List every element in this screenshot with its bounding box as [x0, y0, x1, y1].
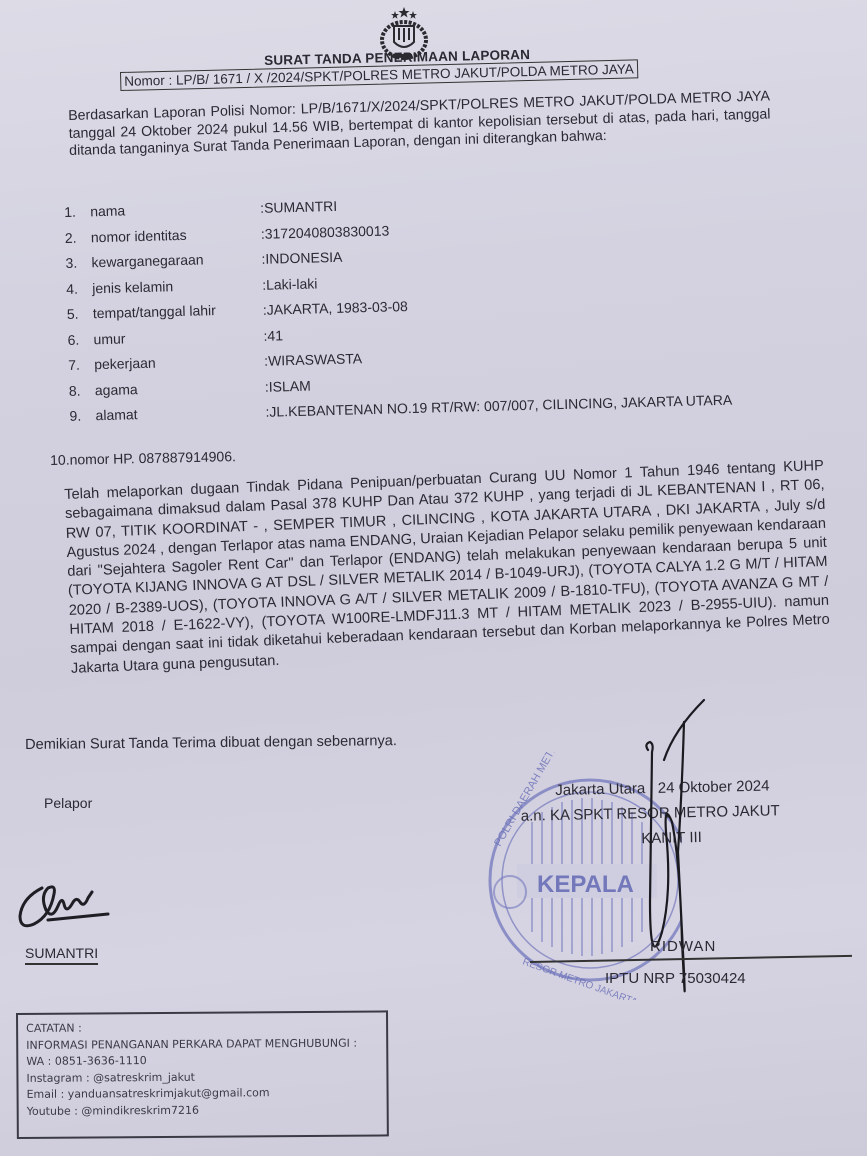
field-label: nomor identitas: [91, 224, 261, 244]
closing-statement: Demikian Surat Tanda Terima dibuat denga…: [25, 733, 397, 753]
field-label: agama: [95, 377, 265, 397]
field-label: tempat/tanggal lahir: [93, 301, 263, 321]
reporter-signature-icon: [14, 876, 114, 938]
field-label: pekerjaan: [94, 352, 264, 372]
field-label: umur: [93, 326, 263, 346]
field-label: jenis kelamin: [92, 275, 262, 295]
reporter-label: Pelapor: [44, 795, 92, 811]
contact-notes-box: CATATAN : INFORMASI PENANGANAN PERKARA D…: [16, 1010, 389, 1139]
field-label: kewarganegaraan: [91, 250, 261, 270]
reporter-identity-list: 1. nama :SUMANTRI 2. nomor identitas :31…: [64, 186, 766, 452]
phone-number-line: 10.nomor HP. 087887914906.: [50, 448, 236, 468]
reporter-name: SUMANTRI: [25, 945, 98, 965]
official-signature-icon: [620, 690, 710, 1010]
intro-paragraph: Berdasarkan Laporan Polisi Nomor: LP/B/1…: [68, 88, 771, 160]
field-value: :SUMANTRI: [260, 186, 760, 217]
report-description-paragraph: Telah melaporkan dugaan Tindak Pidana Pe…: [64, 457, 831, 679]
notes-heading: INFORMASI PENANGANAN PERKARA DAPAT MENGH…: [26, 1035, 378, 1054]
report-receipt-document: SURAT TANDA PENERIMAAN LAPORAN Nomor : L…: [0, 0, 867, 1156]
official-name: RIDWAN: [650, 938, 716, 955]
notes-youtube: Youtube : @mindikreskrim7216: [27, 1101, 379, 1120]
field-label: alamat: [95, 403, 265, 423]
official-rank-nrp: IPTU NRP 75030424: [605, 970, 746, 987]
field-label: nama: [90, 199, 260, 219]
